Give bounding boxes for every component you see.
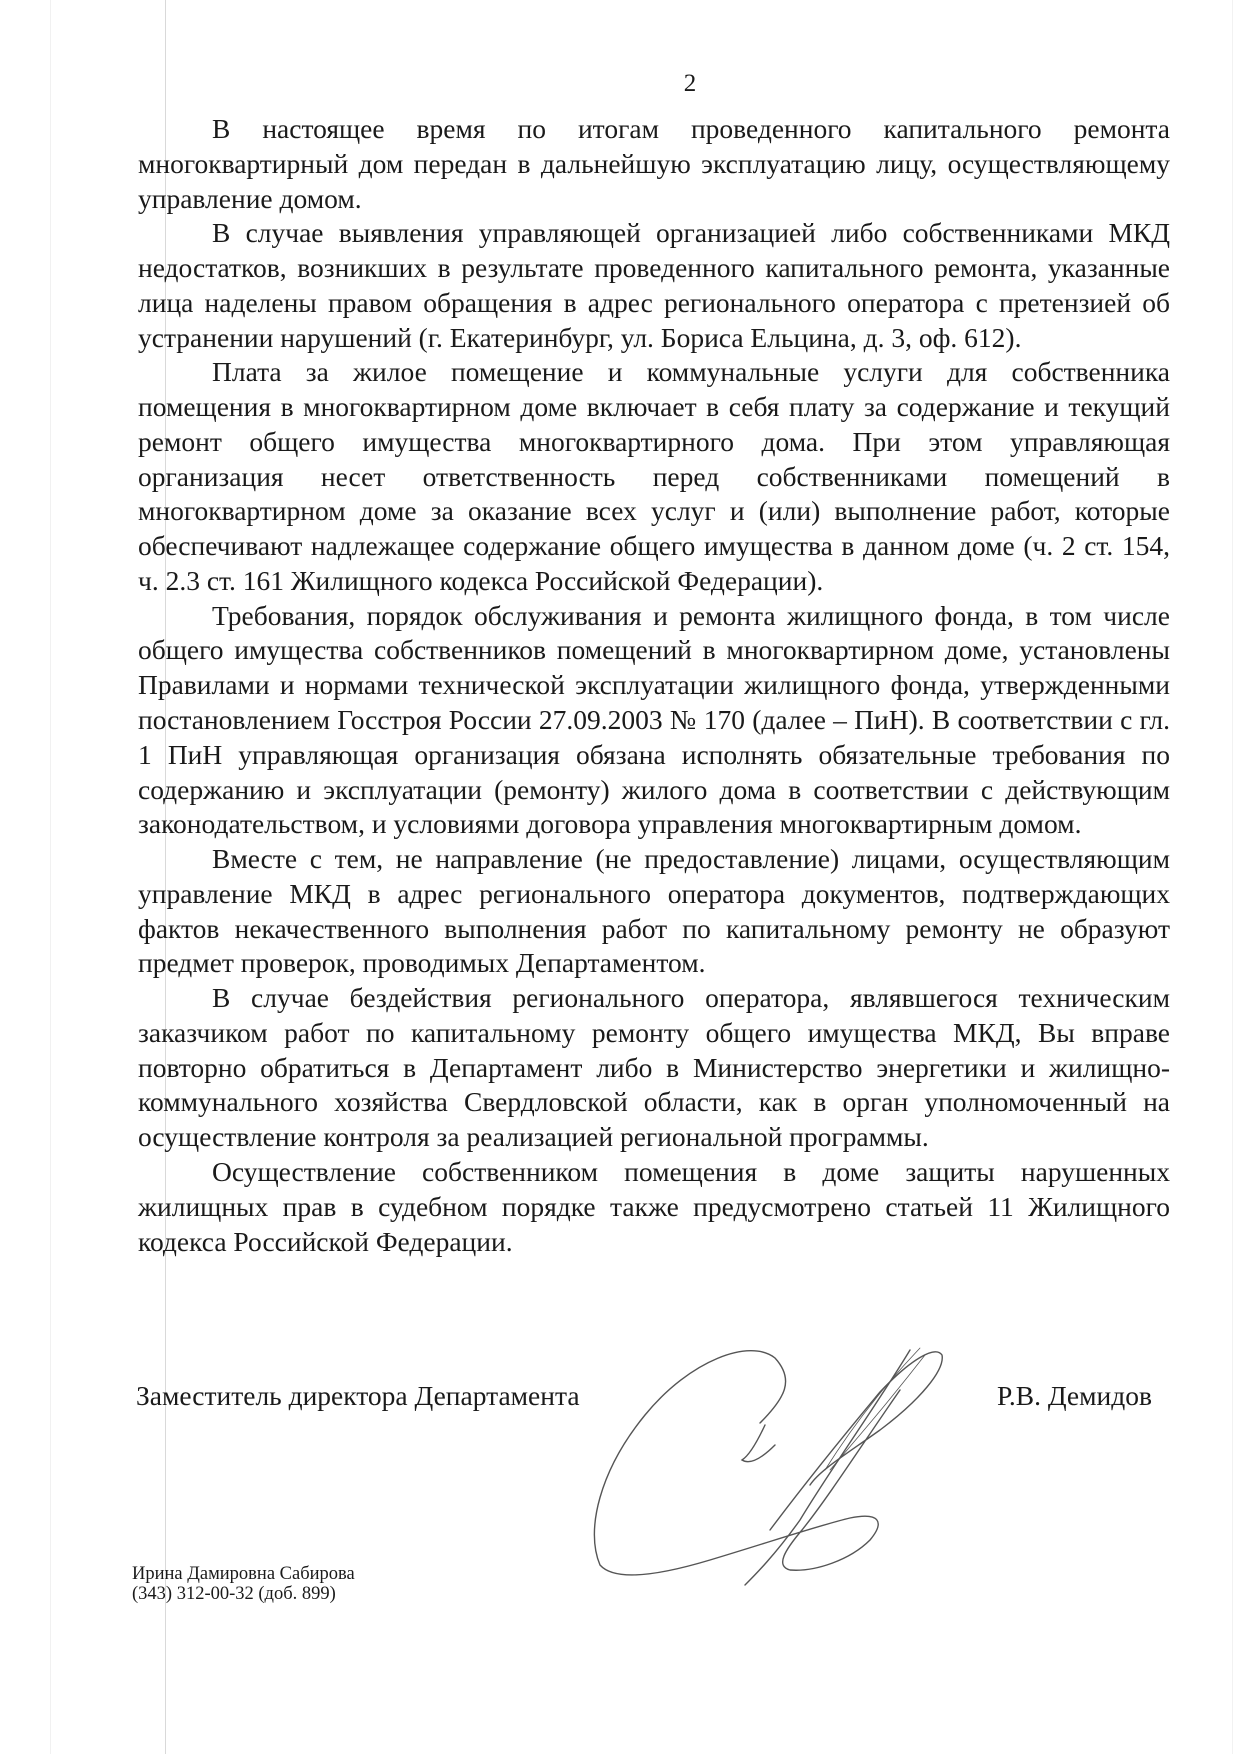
contact-name: Ирина Дамировна Сабирова: [132, 1564, 355, 1584]
contact-phone: (343) 312-00-32 (доб. 899): [132, 1584, 355, 1604]
letter-body: В настоящее время по итогам проведенного…: [138, 112, 1170, 1259]
signatory-name: Р.В. Демидов: [997, 1380, 1152, 1412]
contact-info: Ирина Дамировна Сабирова (343) 312-00-32…: [132, 1564, 355, 1604]
paragraph: Осуществление собственником помещения в …: [138, 1155, 1170, 1259]
paragraph: Вместе с тем, не направление (не предост…: [138, 842, 1170, 981]
page-number: 2: [0, 70, 1240, 98]
paragraph: Требования, порядок обслуживания и ремон…: [138, 599, 1170, 842]
paragraph: Плата за жилое помещение и коммунальные …: [138, 355, 1170, 598]
paragraph: В случае бездействия регионального опера…: [138, 981, 1170, 1155]
paragraph: В настоящее время по итогам проведенного…: [138, 112, 1170, 216]
scan-artifact-line: [50, 0, 51, 1754]
scan-artifact-line: [1232, 0, 1233, 1754]
signatory-title: Заместитель директора Департамента: [136, 1380, 580, 1412]
paragraph: В случае выявления управляющей организац…: [138, 216, 1170, 355]
handwritten-signature-icon: [580, 1320, 980, 1600]
